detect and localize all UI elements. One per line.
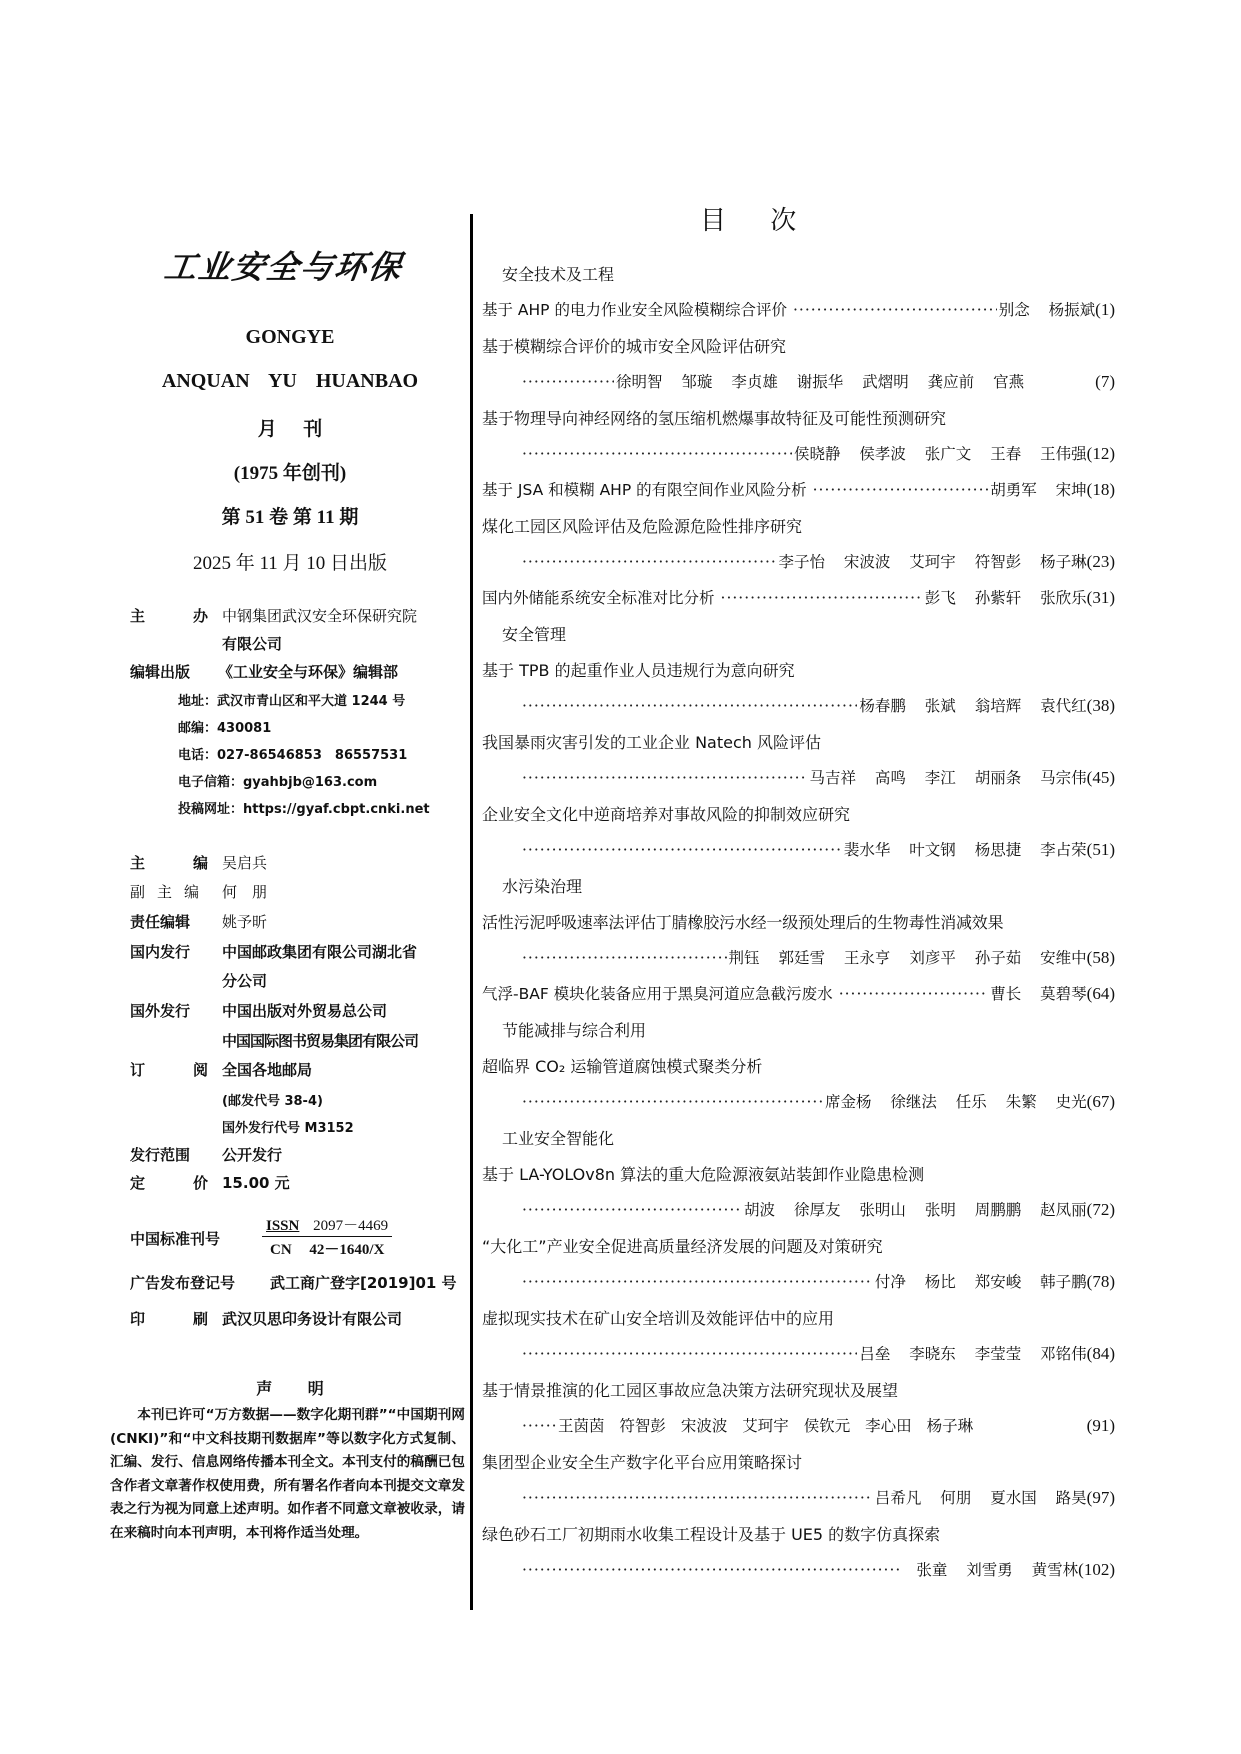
leader-dots [522,553,776,571]
toc-entry-authors: 彭飞 孙紫轩 张欣乐 [923,586,1087,608]
leader-dots [839,985,989,1003]
toc-entry[interactable]: 基于 AHP 的电力作业安全风险模糊综合评价 别念 杨振斌 (1) [482,298,1115,320]
subscription-label: 订阅 [130,1059,208,1080]
toc-entry-authors: 胡勇军 宋坤 [988,478,1086,500]
leader-dots [522,1273,873,1291]
toc-entry-authors-line: 胡波 徐厚友 张明山 张明 周鹏鹏 赵凤丽 (72) [522,1198,1115,1220]
toc-entry-title[interactable]: 基于情景推演的化工园区事故应急决策方法研究现状及展望 [482,1378,898,1401]
toc-entry-title[interactable]: “大化工”产业安全促进高质量经济发展的问题及对策研究 [482,1234,883,1257]
publication-frequency: 月 刊 [130,414,450,441]
toc-entry-title[interactable]: 基于物理导向神经网络的氢压缩机燃爆事故特征及可能性预测研究 [482,406,946,429]
toc-entry-authors-line: 马吉祥 高鸣 李江 胡丽条 马宗伟 (45) [522,766,1115,788]
sponsor-label: 主办 [130,605,208,626]
leader-dots [522,1489,873,1507]
toc-entry-title[interactable]: 企业安全文化中逆商培养对事故风险的抑制效应研究 [482,802,850,825]
toc-entry-title[interactable]: 基于 TPB 的起重作业人员违规行为意向研究 [482,658,795,681]
responsible-editor-label: 责任编辑 [130,911,208,932]
overseas-dist-label: 国外发行 [130,1000,208,1021]
toc-entry-title[interactable]: 活性污泥呼吸速率法评估丁腈橡胶污水经一级预处理后的生物毒性消减效果 [482,910,1003,933]
journal-pinyin-line2: ANQUAN YU HUANBAO [130,370,450,393]
issn-value: 2097－4469 [303,1218,388,1234]
price-label: 定价 [130,1172,208,1193]
issn-cn-fraction: ISSN 2097－4469 CN 42－1640/X [262,1214,392,1260]
leader-dots [721,589,923,607]
address: 地址：武汉市青山区和平大道 1244 号 [178,690,405,709]
subscription-value: 全国各地邮局 [222,1059,312,1080]
cn-label: CN [270,1242,292,1258]
dist-scope-label: 发行范围 [130,1144,208,1165]
email: 电子信箱：gyahbjb@163.com [178,771,377,790]
submission-url: 投稿网址：https://gyaf.cbpt.cnki.net [178,798,430,817]
journal-logo: 工业安全与环保 [162,242,418,288]
toc-entry-authors-line: 杨春鹏 张斌 翁培辉 袁代红 (38) [522,694,1115,716]
toc-entry-authors-line: 徐明智 邹璇 李贞雄 谢振华 武熠明 龚应前 官燕 (7) [522,370,1115,392]
toc-entry-authors: 曹长 莫碧琴 [988,982,1086,1004]
volume-issue: 第 51 卷 第 11 期 [130,502,450,529]
subscription-postcode: (邮发代号 38-4) [222,1090,323,1109]
toc-entry-page: (18) [1087,480,1115,500]
toc-entry-authors: 裴水华 叶文钢 杨思捷 李占荣 [842,838,1087,860]
toc-entry-authors: 李子怡 宋波波 艾珂宇 符智彭 杨子琳 [776,550,1086,572]
toc-entry-authors: 徐明智 邹璇 李贞雄 谢振华 武熠明 龚应前 官燕 [614,370,1095,392]
toc-entry-page: (38) [1087,696,1115,716]
ad-reg-value: 武工商广登字[2019]01 号 [270,1272,457,1293]
domestic-dist-label: 国内发行 [130,941,208,962]
toc-entry-page: (78) [1087,1272,1115,1292]
toc-entry-title[interactable]: 基于模糊综合评价的城市安全风险评估研究 [482,334,786,357]
leader-dots [522,697,857,715]
toc-entry-title[interactable]: 超临界 CO₂ 运输管道腐蚀模式聚类分析 [482,1054,762,1077]
toc-entry-title[interactable]: 煤化工园区风险评估及危险源危险性排序研究 [482,514,802,537]
printer-label: 印刷 [130,1308,208,1329]
leader-dots [522,1417,556,1435]
toc-entry-authors-line: 席金杨 徐继法 任乐 朱繁 史光 (67) [522,1090,1115,1112]
toc-section-safety-tech: 安全技术及工程 [502,262,614,285]
toc-entry-authors: 别念 杨振斌 [997,298,1095,320]
toc-entry-page: (72) [1087,1200,1115,1220]
toc-entry-title[interactable]: 集团型企业安全生产数字化平台应用策略探讨 [482,1450,802,1473]
leader-dots [522,1345,857,1363]
printer-value: 武汉贝思印务设计有限公司 [222,1308,402,1329]
toc-entry-page: (58) [1087,948,1115,968]
overseas-dist-value: 中国出版对外贸易总公司 [222,1000,387,1021]
toc-entry-authors: 侯晓静 侯孝波 张广文 王春 王伟强 [792,442,1087,464]
declaration-body: 本刊已许可“万方数据——数字化期刊群”“中国期刊网(CNKI)”和“中文科技期刊… [110,1404,465,1545]
responsible-editor-value: 姚予昕 [222,911,267,932]
sponsor-value: 中钢集团武汉安全环保研究院 [222,605,417,626]
declaration-title: 声 明 [130,1376,450,1399]
toc-section-water-pollution: 水污染治理 [502,874,582,897]
toc-section-energy-saving: 节能减排与综合利用 [502,1018,646,1041]
toc-entry-page: (97) [1087,1488,1115,1508]
toc-entry-authors-line: 侯晓静 侯孝波 张广文 王春 王伟强 (12) [522,442,1115,464]
toc-entry-title[interactable]: 我国暴雨灾害引发的工业企业 Natech 风险评估 [482,730,821,753]
leader-dots [522,949,727,967]
deputy-editor-label: 副主编 [130,881,208,902]
toc-entry-page: (102) [1078,1560,1115,1580]
price-value: 15.00 元 [222,1172,290,1193]
journal-pinyin-line1: GONGYE [130,326,450,349]
leader-dots [522,445,792,463]
chief-editor-label: 主编 [130,852,208,873]
toc-entry-authors: 胡波 徐厚友 张明山 张明 周鹏鹏 赵凤丽 [742,1198,1087,1220]
toc-section-safety-management: 安全管理 [502,622,566,645]
toc-entry-authors-line: 张童 刘雪勇 黄雪林 (102) [522,1558,1115,1580]
toc-entry-authors-line: 吕垒 李晓东 李莹莹 邓铭伟 (84) [522,1342,1115,1364]
toc-entry-authors: 付净 杨比 郑安峻 韩子鹏 [873,1270,1087,1292]
toc-entry-authors-line: 吕希凡 何朋 夏水国 路昊 (97) [522,1486,1115,1508]
toc-section-industrial-intelligence: 工业安全智能化 [502,1126,614,1149]
subscription-overseas-code: 国外发行代号 M3152 [222,1117,354,1136]
toc-entry-authors: 荆钰 郭廷雪 王永亨 刘彦平 孙子茹 安维中 [727,946,1087,968]
leader-dots [522,841,842,859]
toc-entry-authors: 杨春鹏 张斌 翁培辉 袁代红 [857,694,1086,716]
toc-entry-page: (23) [1087,552,1115,572]
ad-reg-label: 广告发布登记号 [130,1272,260,1293]
toc-entry-page: (45) [1087,768,1115,788]
toc-entry-title: 气浮-BAF 模块化装备应用于黑臭河道应急截污废水 [482,982,839,1004]
toc-entry-page: (67) [1087,1092,1115,1112]
toc-entry-page: (51) [1087,840,1115,860]
leader-dots [522,1561,902,1579]
toc-entry-title: 基于 AHP 的电力作业安全风险模糊综合评价 [482,298,793,320]
dist-scope-value: 公开发行 [222,1144,282,1165]
toc-entry-authors: 席金杨 徐继法 任乐 朱繁 史光 [823,1090,1087,1112]
issn-line: ISSN 2097－4469 [262,1214,392,1237]
toc-entry-page: (31) [1087,588,1115,608]
toc-entry-authors-line: 裴水华 叶文钢 杨思捷 李占荣 (51) [522,838,1115,860]
toc-entry-authors-line: 李子怡 宋波波 艾珂宇 符智彭 杨子琳 (23) [522,550,1115,572]
toc-entry-title: 基于 JSA 和模糊 AHP 的有限空间作业风险分析 [482,478,813,500]
leader-dots [813,481,989,499]
publication-date: 2025 年 11 月 10 日出版 [130,548,450,575]
toc-entry-authors: 吕垒 李晓东 李莹莹 邓铭伟 [857,1342,1086,1364]
toc-entry-authors: 王茵茵 符智彭 宋波波 艾珂宇 侯钦元 李心田 杨子琳 [556,1414,1087,1436]
toc-entry-page: (7) [1095,372,1115,392]
toc-entry-page: (12) [1087,444,1115,464]
toc-entry-page: (1) [1095,300,1115,320]
postcode: 邮编：430081 [178,717,271,736]
leader-dots [793,301,997,319]
toc-entry[interactable]: 气浮-BAF 模块化装备应用于黑臭河道应急截污废水 曹长 莫碧琴 (64) [482,982,1115,1004]
chief-editor-value: 吴启兵 [222,852,267,873]
toc-entry-authors: 马吉祥 高鸣 李江 胡丽条 马宗伟 [807,766,1086,788]
issn-label: ISSN [266,1218,299,1234]
toc-entry[interactable]: 基于 JSA 和模糊 AHP 的有限空间作业风险分析 胡勇军 宋坤 (18) [482,478,1115,500]
toc-entry-authors-line: 王茵茵 符智彭 宋波波 艾珂宇 侯钦元 李心田 杨子琳 (91) [522,1414,1115,1436]
founded-year: (1975 年创刊) [130,458,450,485]
leader-dots [522,373,614,391]
leader-dots [522,769,807,787]
toc-entry-authors-line: 付净 杨比 郑安峻 韩子鹏 (78) [522,1270,1115,1292]
toc-entry-page: (84) [1087,1344,1115,1364]
toc-title: 目 次 [700,200,796,237]
toc-entry-title[interactable]: 基于 LA-YOLOv8n 算法的重大危险源液氨站装卸作业隐患检测 [482,1162,924,1185]
cn-line: CN 42－1640/X [262,1237,392,1260]
sponsor-value-2: 有限公司 [222,633,282,654]
domestic-dist-value-2: 分公司 [222,970,267,991]
cn-value: 42－1640/X [295,1242,384,1258]
toc-entry-authors: 张童 刘雪勇 黄雪林 [902,1558,1078,1580]
editor-pub-value: 《工业安全与环保》编辑部 [218,661,398,682]
toc-entry-title[interactable]: 绿色砂石工厂初期雨水收集工程设计及基于 UE5 的数字仿真探索 [482,1522,940,1545]
toc-entry-authors: 吕希凡 何朋 夏水国 路昊 [873,1486,1087,1508]
leader-dots [522,1201,742,1219]
toc-entry-page: (64) [1087,984,1115,1004]
editor-pub-label: 编辑出版 [130,661,208,682]
leader-dots [522,1093,823,1111]
domestic-dist-value: 中国邮政集团有限公司湖北省 [222,941,417,962]
toc-entry-title[interactable]: 虚拟现实技术在矿山安全培训及效能评估中的应用 [482,1306,834,1329]
overseas-dist-value-2: 中国国际图书贸易集团有限公司 [222,1030,418,1051]
phone: 电话：027-86546853 86557531 [178,744,407,763]
toc-entry-page: (91) [1087,1416,1115,1436]
std-number-label: 中国标准刊号 [130,1228,240,1249]
toc-entry-authors-line: 荆钰 郭廷雪 王永亨 刘彦平 孙子茹 安维中 (58) [522,946,1115,968]
deputy-editor-value: 何 朋 [222,881,267,902]
column-divider [470,214,473,1610]
toc-entry[interactable]: 国内外储能系统安全标准对比分析 彭飞 孙紫轩 张欣乐 (31) [482,586,1115,608]
toc-entry-title: 国内外储能系统安全标准对比分析 [482,586,721,608]
